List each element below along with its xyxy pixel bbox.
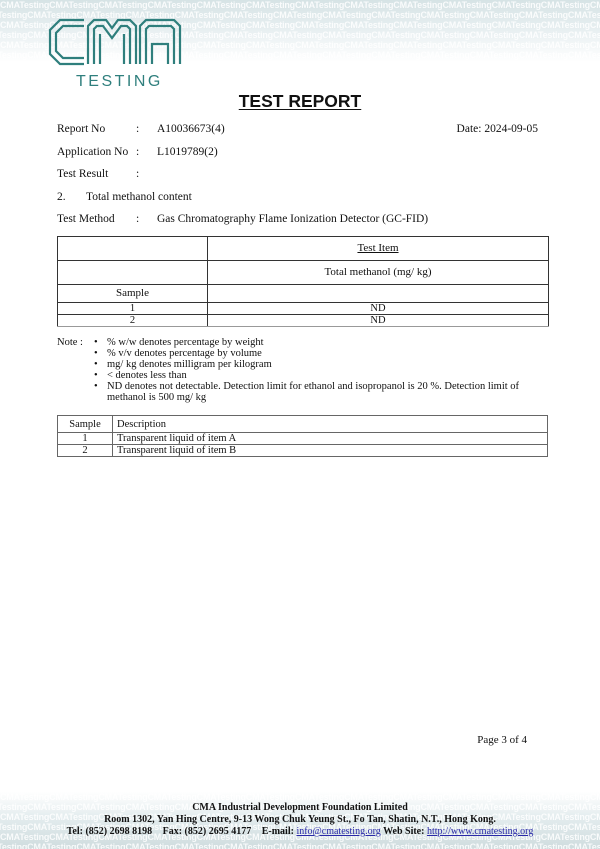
note-label: Note : [57, 337, 83, 348]
table-row: 2 Transparent liquid of item B [58, 445, 548, 457]
note-item: ND denotes not detectable. Detection lim… [94, 381, 554, 403]
footer-tel: Tel: (852) 2698 8198 [67, 826, 152, 837]
footer-fax: Fax: (852) 2695 4177 [163, 826, 252, 837]
test-result-colon: : [136, 167, 139, 181]
sample-header: Sample [58, 285, 208, 303]
table-header-row: Sample [58, 285, 549, 303]
watermark-line: CMATestingCMATestingCMATestingCMATesting… [0, 0, 600, 10]
application-no-label: Application No [57, 145, 128, 159]
note-item: < denotes less than [94, 370, 554, 381]
table-header-row: Total methanol (mg/ kg) [58, 261, 549, 285]
footer-email-link[interactable]: info@cmatesting.org [296, 826, 380, 837]
note-item: % w/w denotes percentage by weight [94, 337, 554, 348]
footer-contact: Tel: (852) 2698 8198 Fax: (852) 2695 417… [0, 826, 600, 838]
watermark-line: CMATestingCMATestingCMATestingCMATesting… [0, 842, 600, 849]
watermark-line: CMATestingCMATestingCMATestingCMATesting… [0, 792, 600, 802]
table-cell-empty [58, 237, 208, 261]
note-item: % v/v denotes percentage by volume [94, 348, 554, 359]
test-method-value: Gas Chromatography Flame Ionization Dete… [157, 212, 428, 226]
result-value: ND [208, 303, 549, 315]
footer-address: Room 1302, Yan Hing Centre, 9-13 Wong Ch… [0, 814, 600, 826]
test-item-header: Test Item [208, 237, 549, 261]
cma-logo [46, 14, 184, 70]
footer-web-label: Web Site: [383, 826, 424, 837]
table-header-row: Sample Description [58, 416, 548, 433]
results-table: Test Item Total methanol (mg/ kg) Sample… [57, 236, 549, 327]
report-no-colon: : [136, 122, 139, 136]
sample-id: 2 [58, 445, 113, 457]
note-item: mg/ kg denotes milligram per kilogram [94, 359, 554, 370]
page-title: TEST REPORT [0, 91, 600, 112]
sample-column-header: Sample [58, 416, 113, 433]
table-cell-empty [58, 261, 208, 285]
footer-org: CMA Industrial Development Foundation Li… [0, 802, 600, 814]
analyte-header: Total methanol (mg/ kg) [208, 261, 549, 285]
description-column-header: Description [113, 416, 548, 433]
cma-logo-icon [46, 14, 184, 70]
table-header-row: Test Item [58, 237, 549, 261]
application-no-value: L1019789(2) [157, 145, 218, 159]
sample-description: Transparent liquid of item B [113, 445, 548, 457]
sample-id: 1 [58, 303, 208, 315]
test-item-header-text: Test Item [357, 242, 398, 254]
application-no-colon: : [136, 145, 139, 159]
section-number: 2. [57, 190, 66, 204]
report-no-label: Report No [57, 122, 105, 136]
table-row: 2 ND [58, 315, 549, 327]
report-no-value: A10036673(4) [157, 122, 225, 136]
footer-web-link[interactable]: http://www.cmatesting.org [427, 826, 533, 837]
table-cell-empty [208, 285, 549, 303]
table-row: 1 Transparent liquid of item A [58, 433, 548, 445]
page-number: Page 3 of 4 [477, 734, 527, 746]
footer: CMA Industrial Development Foundation Li… [0, 802, 600, 838]
table-row: 1 ND [58, 303, 549, 315]
sample-description: Transparent liquid of item A [113, 433, 548, 445]
test-method-colon: : [136, 212, 139, 226]
sample-id: 1 [58, 433, 113, 445]
note-list: % w/w denotes percentage by weight % v/v… [94, 337, 554, 403]
logo-subtitle: TESTING [76, 73, 163, 91]
test-method-label: Test Method [57, 212, 115, 226]
result-value: ND [208, 315, 549, 327]
sample-id: 2 [58, 315, 208, 327]
test-result-label: Test Result [57, 167, 108, 181]
report-date: Date: 2024-09-05 [457, 122, 538, 136]
footer-email-label: E-mail: [262, 826, 294, 837]
sample-description-table: Sample Description 1 Transparent liquid … [57, 415, 548, 457]
section-title: Total methanol content [86, 190, 192, 204]
